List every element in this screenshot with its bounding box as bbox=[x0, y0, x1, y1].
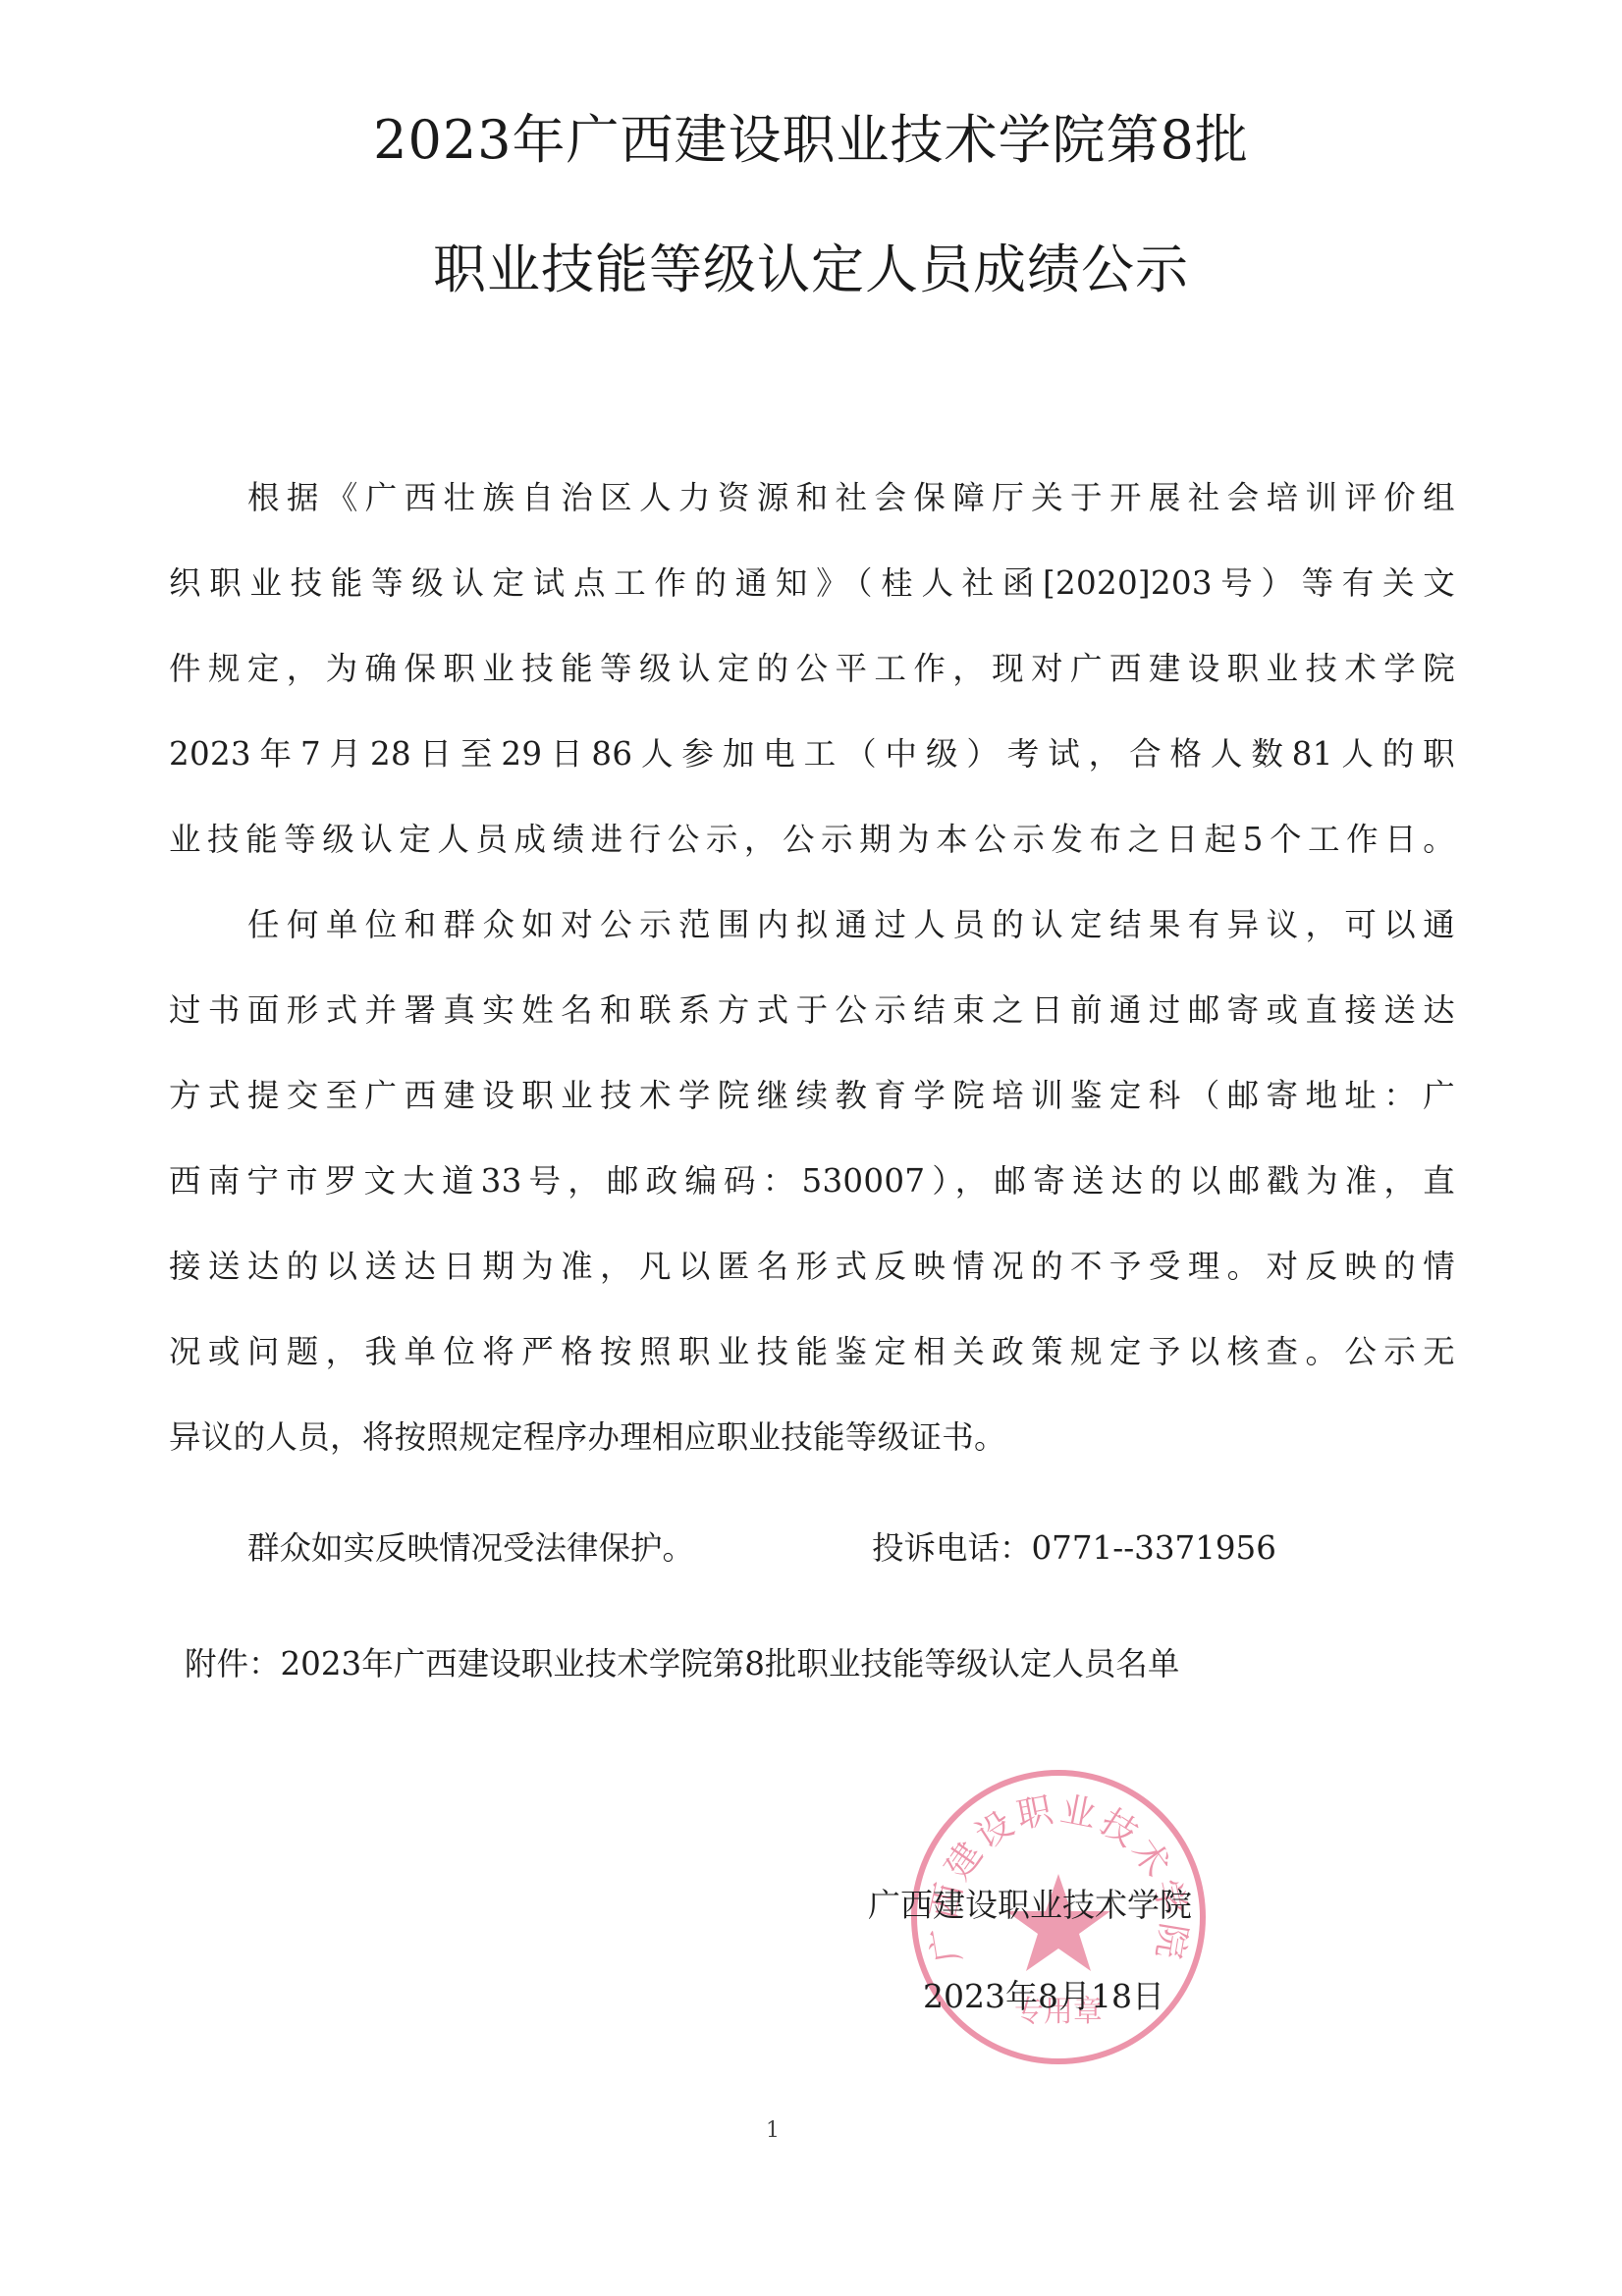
paragraph-line: 根据《广西壮族自治区人力资源和社会保障厅关于开展社会培训评价组 bbox=[247, 473, 1455, 518]
protection-note: 群众如实反映情况受法律保护。 bbox=[247, 1523, 694, 1569]
title-line-1: 2023年广西建设职业技术学院第8批 bbox=[0, 98, 1622, 174]
paragraph-line: 织职业技能等级认定试点工作的通知》（桂人社函[2020]203号）等有关文 bbox=[169, 559, 1455, 604]
page-number: 1 bbox=[766, 2118, 780, 2143]
title-line-2: 职业技能等级认定人员成绩公示 bbox=[0, 228, 1622, 303]
signature-date: 2023年8月18日 bbox=[923, 1971, 1164, 2017]
paragraph-line: 件规定，为确保职业技能等级认定的公平工作，现对广西建设职业技术学院 bbox=[169, 644, 1455, 689]
paragraph-line: 况或问题，我单位将严格按照职业技能鉴定相关政策规定予以核查。公示无 bbox=[169, 1327, 1455, 1372]
paragraph-line: 任何单位和群众如对公示范围内拟通过人员的认定结果有异议，可以通 bbox=[247, 900, 1455, 945]
signature-organization: 广西建设职业技术学院 bbox=[868, 1880, 1192, 1926]
paragraph-line: 异议的人员，将按照规定程序办理相应职业技能等级证书。 bbox=[169, 1413, 1455, 1458]
paragraph-line: 西南宁市罗文大道33号，邮政编码：530007），邮寄送达的以邮戳为准，直 bbox=[169, 1156, 1455, 1201]
paragraph-line: 方式提交至广西建设职业技术学院继续教育学院培训鉴定科（邮寄地址：广 bbox=[169, 1071, 1455, 1116]
paragraph-line: 接送达的以送达日期为准，凡以匿名形式反映情况的不予受理。对反映的情 bbox=[169, 1242, 1455, 1287]
paragraph-line: 业技能等级认定人员成绩进行公示，公示期为本公示发布之日起5个工作日。 bbox=[169, 815, 1455, 860]
paragraph-line: 过书面形式并署真实姓名和联系方式于公示结束之日前通过邮寄或直接送达 bbox=[169, 986, 1455, 1031]
complaint-phone: 投诉电话：0771--3371956 bbox=[872, 1523, 1276, 1569]
attachment-line: 附件：2023年广西建设职业技术学院第8批职业技能等级认定人员名单 bbox=[185, 1639, 1179, 1684]
paragraph-line: 2023年7月28日至29日86人参加电工（中级）考试，合格人数81人的职 bbox=[169, 729, 1455, 774]
